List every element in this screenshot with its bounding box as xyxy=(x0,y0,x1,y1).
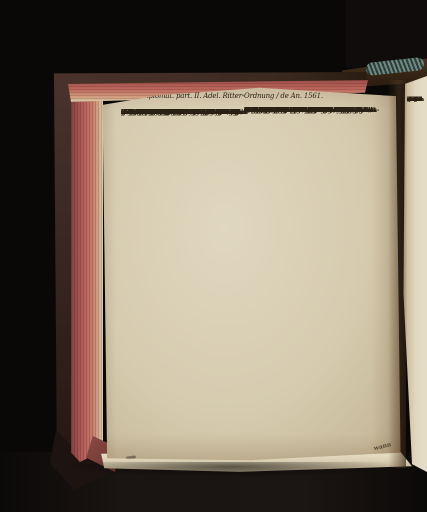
gutter-shadow xyxy=(388,80,406,468)
text-line: ußt der obangeregten Nacheyl halb/ xyxy=(121,109,238,117)
photo-of-open-book: 172 Codex Diplomat. part. II. Adel. Ritt… xyxy=(0,0,427,512)
text-line: horsam, und auff recht geschehen. Und xyxy=(244,107,372,115)
text-column-left: halten ernent / unsere gesandten abfer-d… xyxy=(121,109,240,449)
cast-shadow xyxy=(60,462,400,478)
fore-edge-red-left xyxy=(71,80,103,462)
left-page: 172 Codex Diplomat. part. II. Adel. Ritt… xyxy=(98,84,402,464)
text-column-right: wie sich gebürt/ halten werden / widerge… xyxy=(244,107,395,447)
